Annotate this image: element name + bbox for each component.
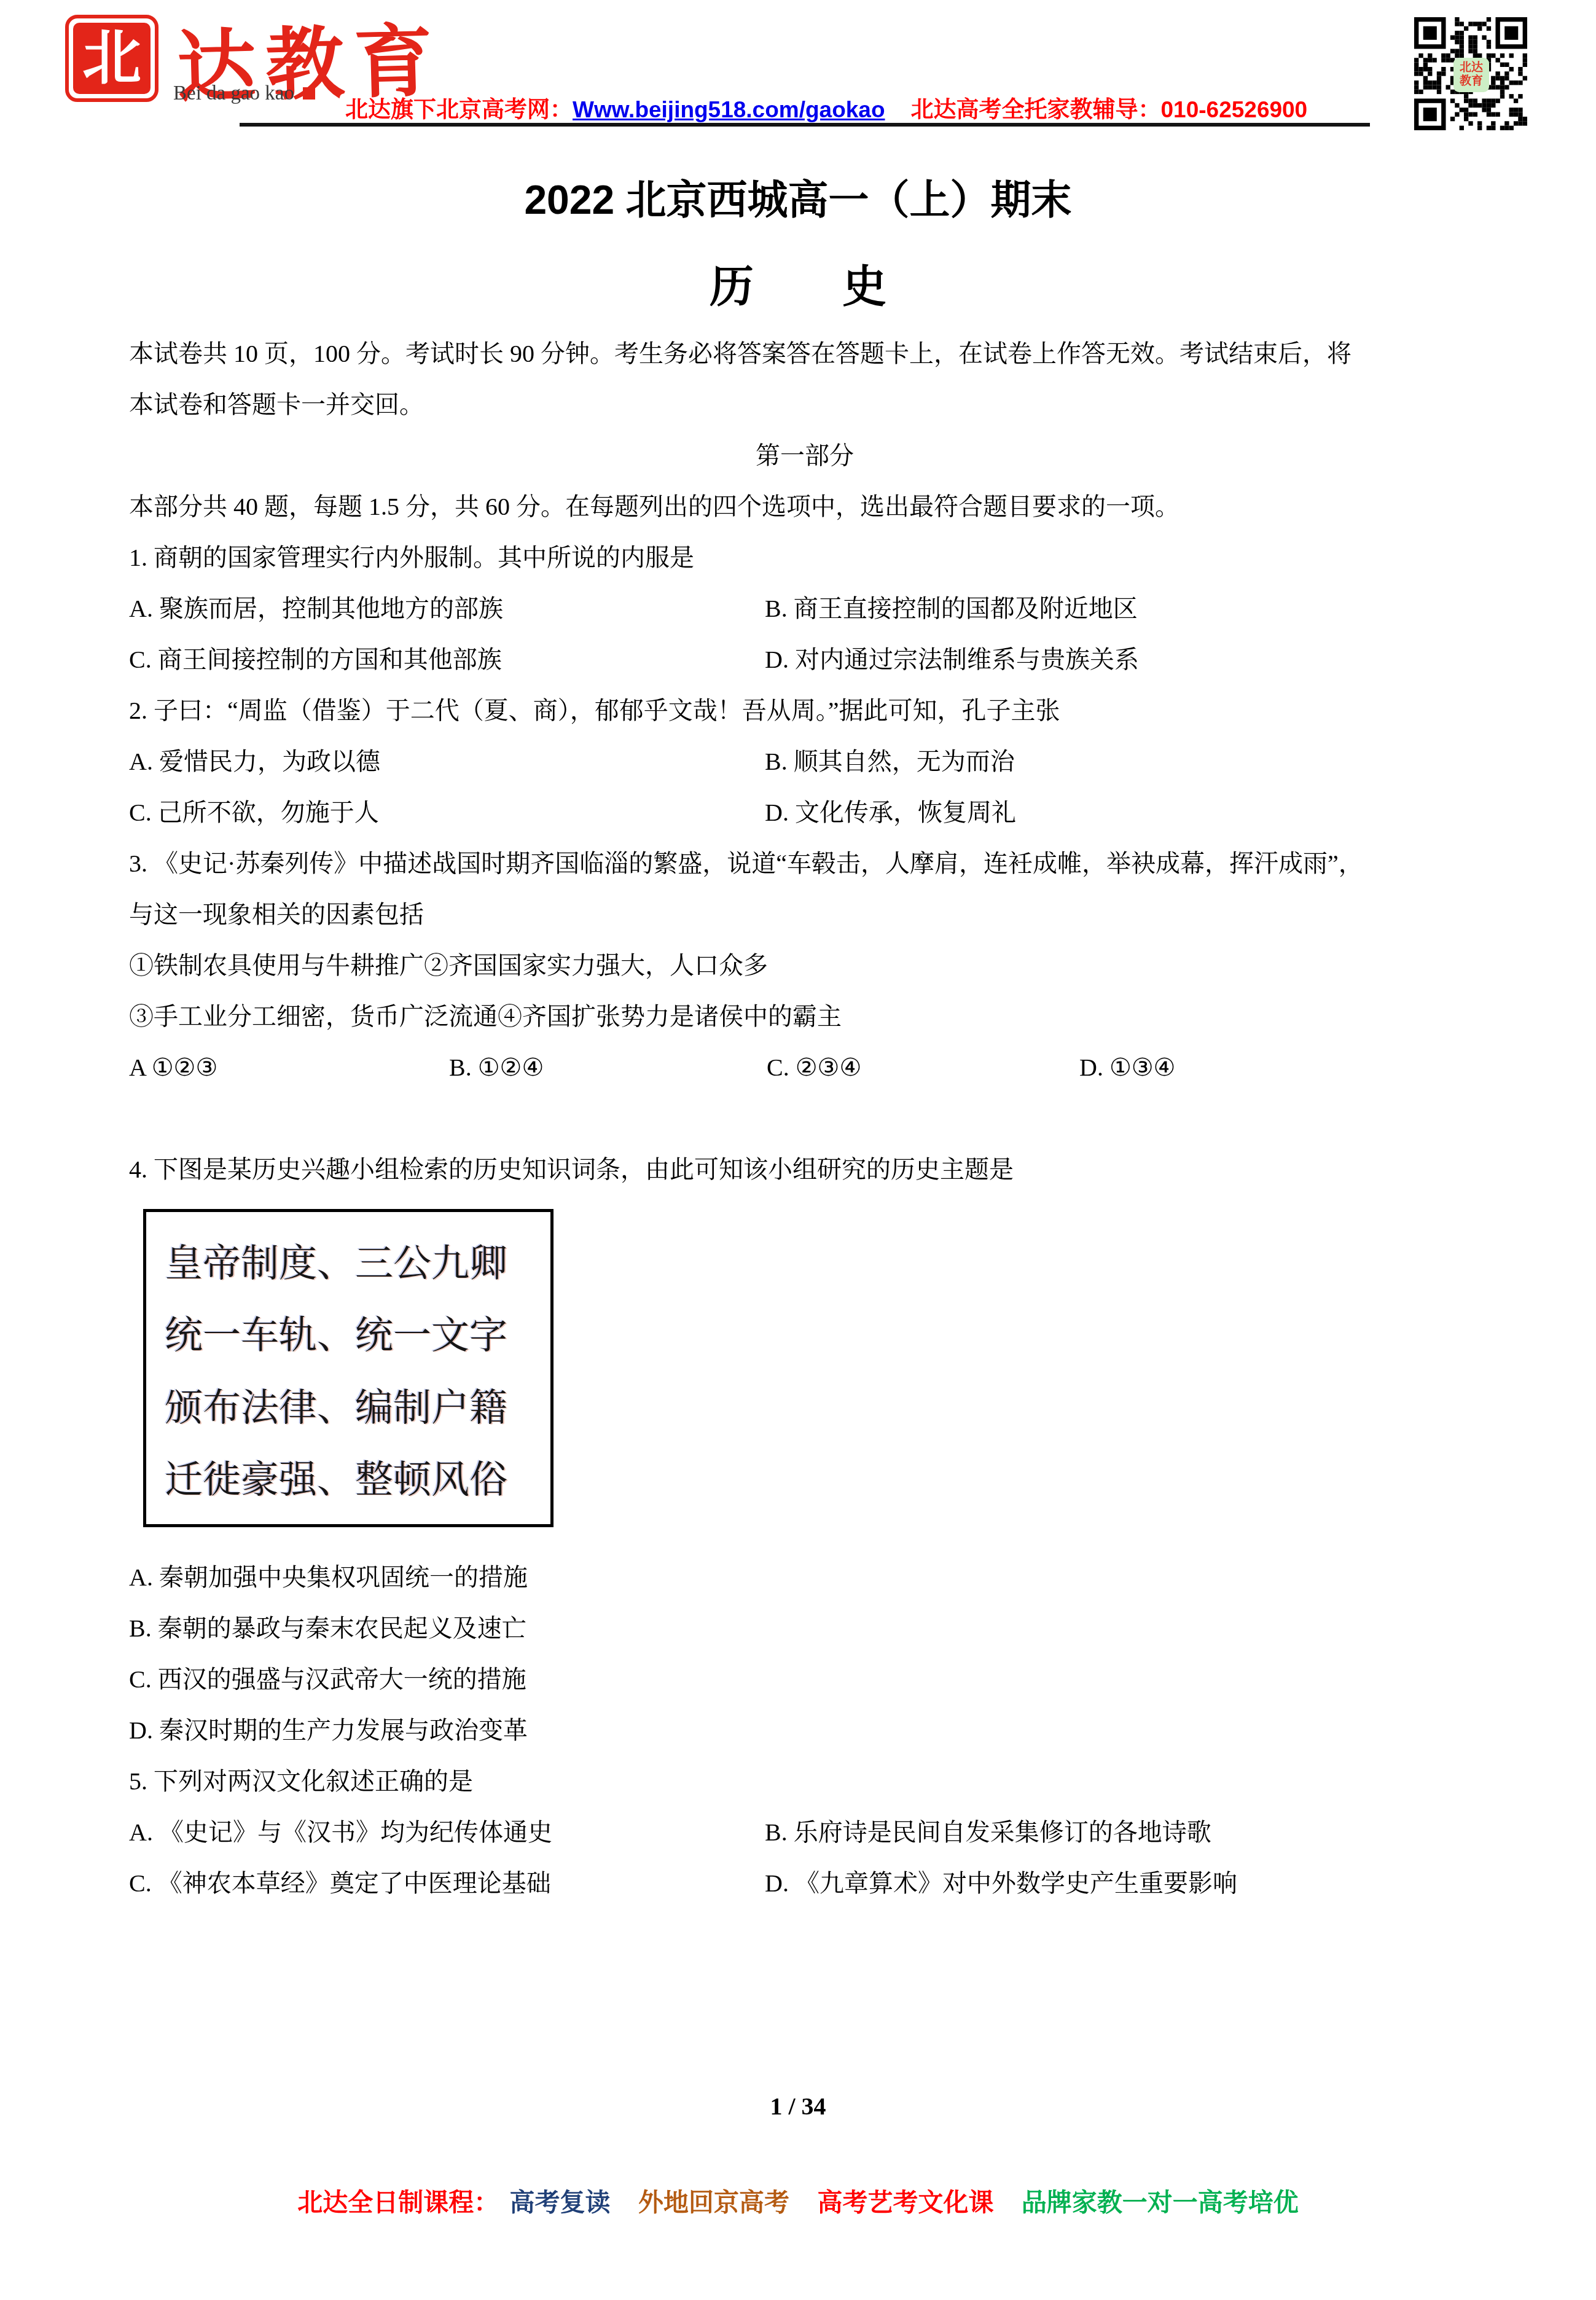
promo-segment-huijing: 外地回京高考 [638, 2188, 789, 2216]
logo-red-square-icon [303, 87, 315, 100]
question-3-stem-line2: 与这一现象相关的因素包括 [129, 889, 1481, 940]
question-4-figure-area: 皇帝制度、三公九卿 统一车轨、统一文字 颁布法律、编制户籍 迁徙豪强、整顿风俗 [129, 1195, 1481, 1552]
promo-segment-yikao: 高考艺考文化课 [817, 2188, 993, 2216]
intro-line-2: 本试卷和答题卡一并交回。 [129, 379, 1481, 430]
question-1-stem: 1. 商朝的国家管理实行内外服制。其中所说的内服是 [129, 532, 1481, 583]
section-heading: 第一部分 [129, 430, 1481, 481]
question-2-option-a: A. 爱惜民力，为政以德 [129, 748, 380, 775]
question-5-options-ab: A. 《史记》与《汉书》均为纪传体通史 B. 乐府诗是民间自发采集修订的各地诗歌 [129, 1807, 1481, 1858]
question-4-stem: 4. 下图是某历史兴趣小组检索的历史知识词条，由此可知该小组研究的历史主题是 [129, 1144, 1481, 1195]
question-5-option-b: B. 乐府诗是民间自发采集修订的各地诗歌 [765, 1807, 1211, 1858]
question-3-items-12: ①铁制农具使用与牛耕推广②齐国国家实力强大，人口众多 [129, 940, 1481, 991]
figure-line-2: 统一车轨、统一文字 [165, 1316, 550, 1356]
question-5-option-c: C. 《神农本草经》奠定了中医理论基础 [129, 1869, 551, 1897]
question-4-option-d: D. 秦汉时期的生产力发展与政治变革 [129, 1705, 1481, 1756]
qr-center-label: 北达 教育 [1453, 58, 1489, 92]
qr-center-line1: 北达 [1460, 61, 1483, 75]
question-1-options-ab: A. 聚族而居，控制其他地方的部族 B. 商王直接控制的国都及附近地区 [129, 583, 1481, 634]
question-4-option-c: C. 西汉的强盛与汉武帝大一统的措施 [129, 1654, 1481, 1705]
question-3-option-b: B. ①②④ [449, 1042, 544, 1093]
question-3-options: A ①②③ B. ①②④ C. ②③④ D. ①③④ [129, 1042, 1481, 1093]
promo-segment-label: 北达全日制课程： [297, 2188, 499, 2216]
promo-segment-fudu: 高考复读 [510, 2188, 611, 2216]
qr-code: 北达 教育 [1414, 17, 1527, 130]
logo-seal: 北 [65, 15, 158, 102]
header-site-label: 北达旗下北京高考网： [345, 97, 573, 122]
exam-title: 2022 北京西城高一（上）期末 [0, 167, 1596, 225]
header-contact-line: 北达旗下北京高考网：Www.beijing518.com/gaokao北达高考全… [345, 91, 1307, 124]
question-2-options-cd: C. 己所不欲，勿施于人 D. 文化传承，恢复周礼 [129, 787, 1481, 838]
question-4-figure-box: 皇帝制度、三公九卿 统一车轨、统一文字 颁布法律、编制户籍 迁徙豪强、整顿风俗 [143, 1209, 554, 1527]
question-2-option-d: D. 文化传承，恢复周礼 [765, 787, 1016, 838]
question-3-option-c: C. ②③④ [767, 1042, 861, 1093]
question-3-option-d: D. ①③④ [1079, 1042, 1175, 1093]
question-1-options-cd: C. 商王间接控制的方国和其他部族 D. 对内通过宗法制维系与贵族关系 [129, 634, 1481, 685]
promo-segment-jiajiao: 品牌家教一对一高考培优 [1022, 2188, 1299, 2216]
question-5-option-d: D. 《九章算术》对中外数学史产生重要影响 [765, 1858, 1237, 1909]
qr-center-line2: 教育 [1460, 75, 1483, 88]
question-5-stem: 5. 下列对两汉文化叙述正确的是 [129, 1756, 1481, 1807]
logo-seal-background: 北 [73, 23, 151, 94]
section-description: 本部分共 40 题，每题 1.5 分，共 60 分。在每题列出的四个选项中，选出… [129, 481, 1481, 532]
question-3-stem-line1: 3. 《史记·苏秦列传》中描述战国时期齐国临淄的繁盛，说道“车毂击，人摩肩，连衽… [129, 838, 1481, 889]
header-phone: 010-62526900 [1161, 97, 1308, 122]
question-4-option-b: B. 秦朝的暴政与秦末农民起义及速亡 [129, 1603, 1481, 1654]
page-number: 1 / 34 [0, 2092, 1596, 2121]
question-5-option-a: A. 《史记》与《汉书》均为纪传体通史 [129, 1818, 552, 1846]
blank-line [129, 1093, 1481, 1144]
exam-page: 北 达教育 Bei da gao kao 北达旗下北京高考网：Www.beiji… [0, 0, 1596, 2300]
figure-line-3: 颁布法律、编制户籍 [165, 1389, 550, 1428]
question-2-option-b: B. 顺其自然，无为而治 [765, 736, 1015, 787]
header-site-link[interactable]: Www.beijing518.com/gaokao [573, 97, 885, 122]
question-2-option-c: C. 己所不欲，勿施于人 [129, 799, 379, 826]
logo-tagline-text: Bei da gao kao [173, 82, 294, 104]
question-1-option-b: B. 商王直接控制的国都及附近地区 [765, 583, 1138, 634]
exam-subject: 历 史 [0, 251, 1596, 315]
question-3-option-a: A ①②③ [129, 1054, 217, 1081]
logo-tagline: Bei da gao kao [173, 82, 315, 105]
exam-body: 本试卷共 10 页，100 分。考试时长 90 分钟。考生务必将答案答在答题卡上… [129, 328, 1481, 1909]
figure-line-1: 皇帝制度、三公九卿 [165, 1245, 550, 1284]
header-tutor-label: 北达高考全托家教辅导： [911, 97, 1161, 122]
question-4-option-a: A. 秦朝加强中央集权巩固统一的措施 [129, 1552, 1481, 1603]
header-divider [240, 123, 1370, 127]
question-5-options-cd: C. 《神农本草经》奠定了中医理论基础 D. 《九章算术》对中外数学史产生重要影… [129, 1858, 1481, 1909]
figure-line-4: 迁徙豪强、整顿风俗 [165, 1461, 550, 1500]
intro-line-1: 本试卷共 10 页，100 分。考试时长 90 分钟。考生务必将答案答在答题卡上… [129, 328, 1481, 379]
logo-seal-character: 北 [82, 29, 141, 88]
footer-promo-line: 北达全日制课程： 高考复读 外地回京高考 高考艺考文化课 品牌家教一对一高考培优 [0, 2182, 1596, 2218]
question-1-option-d: D. 对内通过宗法制维系与贵族关系 [765, 634, 1139, 685]
question-1-option-c: C. 商王间接控制的方国和其他部族 [129, 646, 502, 673]
question-1-option-a: A. 聚族而居，控制其他地方的部族 [129, 595, 503, 622]
question-2-options-ab: A. 爱惜民力，为政以德 B. 顺其自然，无为而治 [129, 736, 1481, 787]
question-2-stem: 2. 子曰：“周监（借鉴）于二代（夏、商），郁郁乎文哉！吾从周。”据此可知，孔子… [129, 685, 1481, 736]
question-3-items-34: ③手工业分工细密，货币广泛流通④齐国扩张势力是诸侯中的霸主 [129, 991, 1481, 1042]
